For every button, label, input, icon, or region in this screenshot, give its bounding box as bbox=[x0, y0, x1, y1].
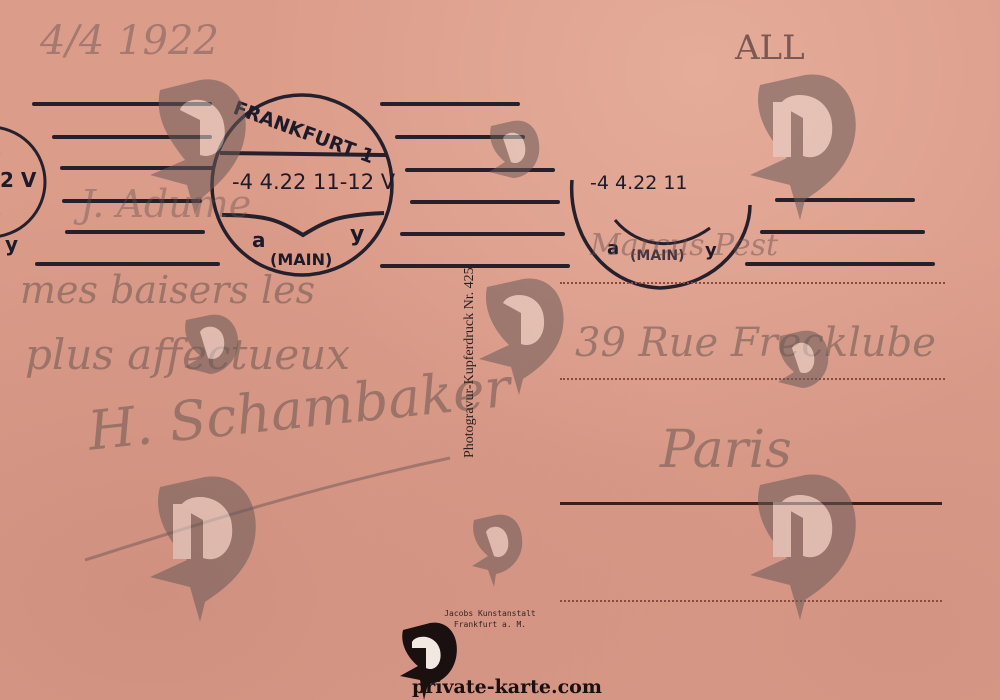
postmark-suffix-left: a bbox=[252, 228, 266, 252]
postmark-suffix-right: y bbox=[350, 222, 364, 247]
watermark-icon bbox=[475, 275, 570, 395]
site-watermark-text: private-karte.com bbox=[412, 676, 602, 698]
postcard-back: 4/4 1922 ALL 2 V y FRANKFURT 1 -4 4.22 1… bbox=[0, 0, 1000, 700]
message-line-2: mes baisers les bbox=[20, 268, 315, 312]
postmark-date: -4 4.22 11-12 V bbox=[232, 170, 395, 194]
cancel-line bbox=[35, 262, 220, 266]
postmark-second-date: -4 4.22 11 bbox=[590, 172, 688, 194]
postmark-partial-text: 2 V bbox=[0, 168, 36, 192]
cancel-line bbox=[380, 102, 520, 106]
cancel-line bbox=[760, 230, 925, 234]
publisher-name: Jacobs Kunstanstalt bbox=[430, 608, 550, 619]
postmark-partial-suffix: y bbox=[5, 232, 18, 256]
watermark-icon bbox=[145, 75, 255, 215]
cancel-line bbox=[410, 200, 560, 204]
address-street: 39 Rue Frecklube bbox=[575, 320, 936, 366]
address-line bbox=[560, 378, 945, 380]
watermark-icon bbox=[745, 470, 865, 620]
handwritten-note: ALL bbox=[735, 28, 805, 68]
address-name: Marcus Pest bbox=[590, 228, 778, 263]
watermark-small-icon bbox=[483, 118, 543, 188]
signature-underline bbox=[80, 440, 460, 570]
watermark-small-icon bbox=[772, 328, 832, 390]
watermark-icon bbox=[745, 70, 865, 220]
address-line bbox=[560, 282, 945, 284]
watermark-small-icon bbox=[466, 512, 528, 587]
watermark-icon bbox=[145, 472, 265, 622]
cancel-line bbox=[400, 232, 565, 236]
handwritten-date: 4/4 1922 bbox=[40, 18, 219, 64]
postmark-district: (MAIN) bbox=[270, 250, 332, 269]
cancel-line bbox=[65, 230, 205, 234]
watermark-small-icon bbox=[178, 312, 243, 377]
